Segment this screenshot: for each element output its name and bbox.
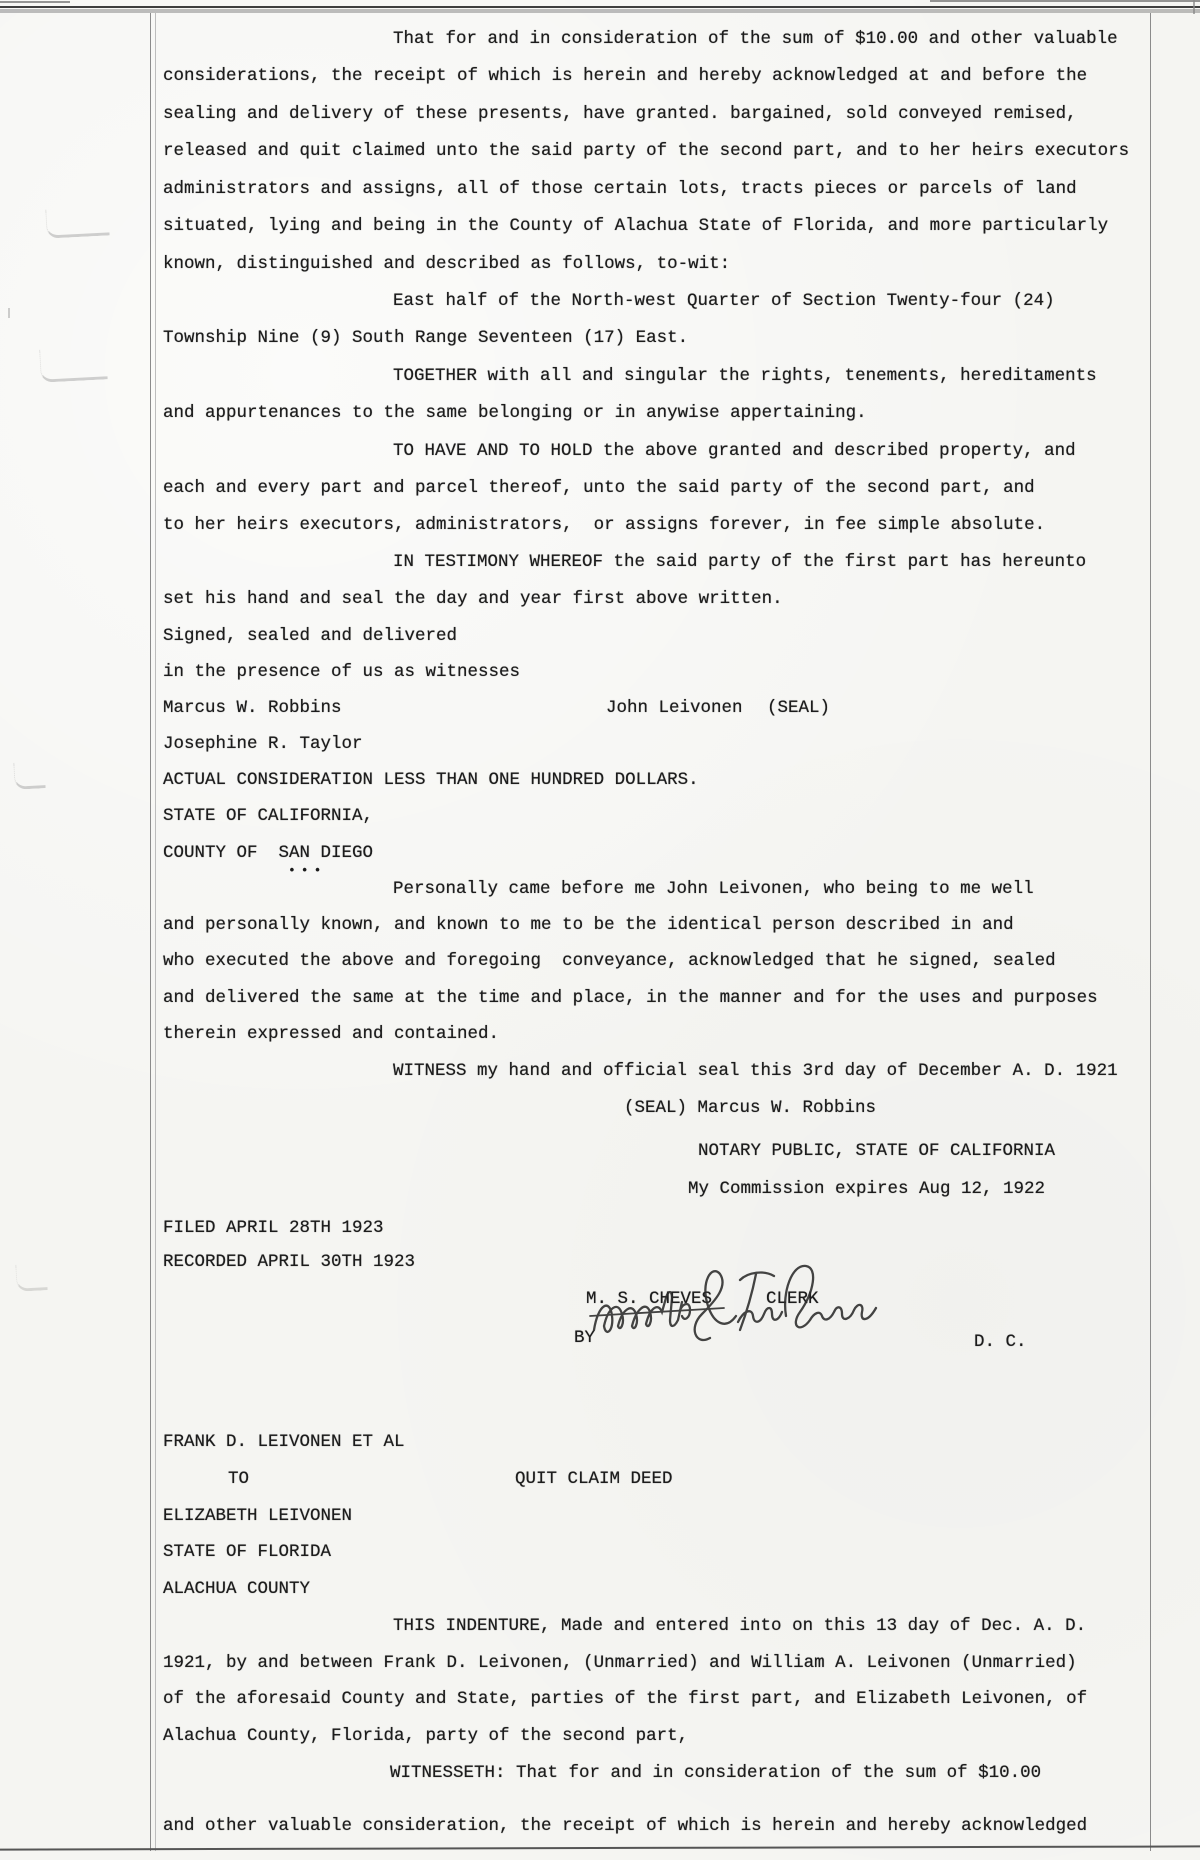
recorded-stamp: RECORDED APRIL 30TH 1923: [163, 1254, 415, 1272]
caption-party1: FRANK D. LEIVONEN ET AL: [163, 1434, 405, 1452]
deed2-body-line: THIS INDENTURE, Made and entered into on…: [393, 1618, 1086, 1636]
deed-text-line: situated, lying and being in the County …: [163, 218, 1108, 236]
margin-scan-mark: [39, 346, 108, 382]
deed-text-line: sealing and delivery of these presents, …: [163, 106, 1077, 124]
ack-para-line: Personally came before me John Leivonen,…: [393, 881, 1034, 899]
together-clause-line: TOGETHER with all and singular the right…: [393, 368, 1097, 386]
ack-para-line: therein expressed and contained.: [163, 1026, 499, 1044]
top-right-corner-tick: [1193, 0, 1195, 14]
witness-intro-line: in the presence of us as witnesses: [163, 664, 520, 682]
deed-text-line: administrators and assigns, all of those…: [163, 181, 1077, 199]
notary-seal-signature: (SEAL) Marcus W. Robbins: [624, 1100, 876, 1118]
caption-county: ALACHUA COUNTY: [163, 1581, 310, 1599]
witness-seal-clause: WITNESS my hand and official seal this 3…: [393, 1063, 1118, 1081]
deed-text-line: known, distinguished and described as fo…: [163, 256, 730, 274]
witness1-name: Marcus W. Robbins: [163, 700, 342, 718]
deed2-body-line: of the aforesaid County and State, parti…: [163, 1691, 1087, 1709]
deed-text-line: That for and in consideration of the sum…: [393, 31, 1118, 49]
deputy-clerk-signature: [588, 1258, 918, 1353]
habendum-clause-line: each and every part and parcel thereof, …: [163, 480, 1035, 498]
deed-text-line: released and quit claimed unto the said …: [163, 143, 1129, 161]
seal-label: (SEAL): [767, 700, 830, 718]
deed-text-line: considerations, the receipt of which is …: [163, 68, 1087, 86]
deed2-body-line: WITNESSETH: That for and in consideratio…: [390, 1765, 1041, 1783]
deed2-body-line: Alachua County, Florida, party of the se…: [163, 1728, 688, 1746]
ack-para-line: and personally known, and known to me to…: [163, 917, 1014, 935]
together-clause-line: and appurtenances to the same belonging …: [163, 405, 867, 423]
top-right-line-fragment: [930, 0, 1200, 2]
top-border-line: [0, 6, 1200, 8]
margin-scan-mark: [13, 761, 45, 790]
right-margin-rule: [1150, 13, 1151, 1851]
filed-stamp: FILED APRIL 28TH 1923: [163, 1220, 384, 1238]
witness2-name: Josephine R. Taylor: [163, 736, 363, 754]
caption-to-label: TO: [228, 1471, 249, 1489]
commission-expiry: My Commission expires Aug 12, 1922: [688, 1181, 1045, 1199]
deed2-body-line: 1921, by and between Frank D. Leivonen, …: [163, 1655, 1077, 1673]
top-border-band: [0, 9, 1200, 13]
deputy-clerk-initials: D. C.: [974, 1334, 1027, 1352]
ack-para-line: who executed the above and foregoing con…: [163, 953, 1056, 971]
instrument-title: QUIT CLAIM DEED: [515, 1471, 673, 1489]
consideration-note: ACTUAL CONSIDERATION LESS THAN ONE HUNDR…: [163, 772, 699, 790]
bottom-border-line: [0, 1845, 1200, 1850]
deed2-body-line: and other valuable consideration, the re…: [163, 1818, 1087, 1836]
margin-scan-mark: [15, 1263, 47, 1292]
separator-dots: •••: [288, 863, 326, 878]
habendum-clause-line: TO HAVE AND TO HOLD the above granted an…: [393, 443, 1076, 461]
deed-record-scan-page: That for and in consideration of the sum…: [0, 0, 1200, 1860]
ack-state-caption: STATE OF CALIFORNIA,: [163, 808, 373, 826]
caption-party2: ELIZABETH LEIVONEN: [163, 1508, 352, 1526]
testimony-clause-line: IN TESTIMONY WHEREOF the said party of t…: [393, 554, 1086, 572]
top-left-line-fragment: [0, 1, 70, 3]
ack-county-caption: COUNTY OF SAN DIEGO: [163, 845, 373, 863]
legal-description-line: East half of the North-west Quarter of S…: [393, 293, 1055, 311]
notary-title: NOTARY PUBLIC, STATE OF CALIFORNIA: [698, 1143, 1055, 1161]
margin-scan-tick: [8, 308, 10, 318]
signed-sealed-line: Signed, sealed and delivered: [163, 628, 457, 646]
legal-description-line: Township Nine (9) South Range Seventeen …: [163, 330, 688, 348]
grantor-name: John Leivonen: [606, 700, 743, 718]
left-margin-rule-inner: [155, 13, 156, 1851]
left-margin-rule-outer: [150, 13, 151, 1851]
margin-scan-mark: [45, 206, 109, 238]
testimony-clause-line: set his hand and seal the day and year f…: [163, 591, 783, 609]
ack-para-line: and delivered the same at the time and p…: [163, 990, 1098, 1008]
caption-state: STATE OF FLORIDA: [163, 1544, 331, 1562]
habendum-clause-line: to her heirs executors, administrators, …: [163, 517, 1045, 535]
